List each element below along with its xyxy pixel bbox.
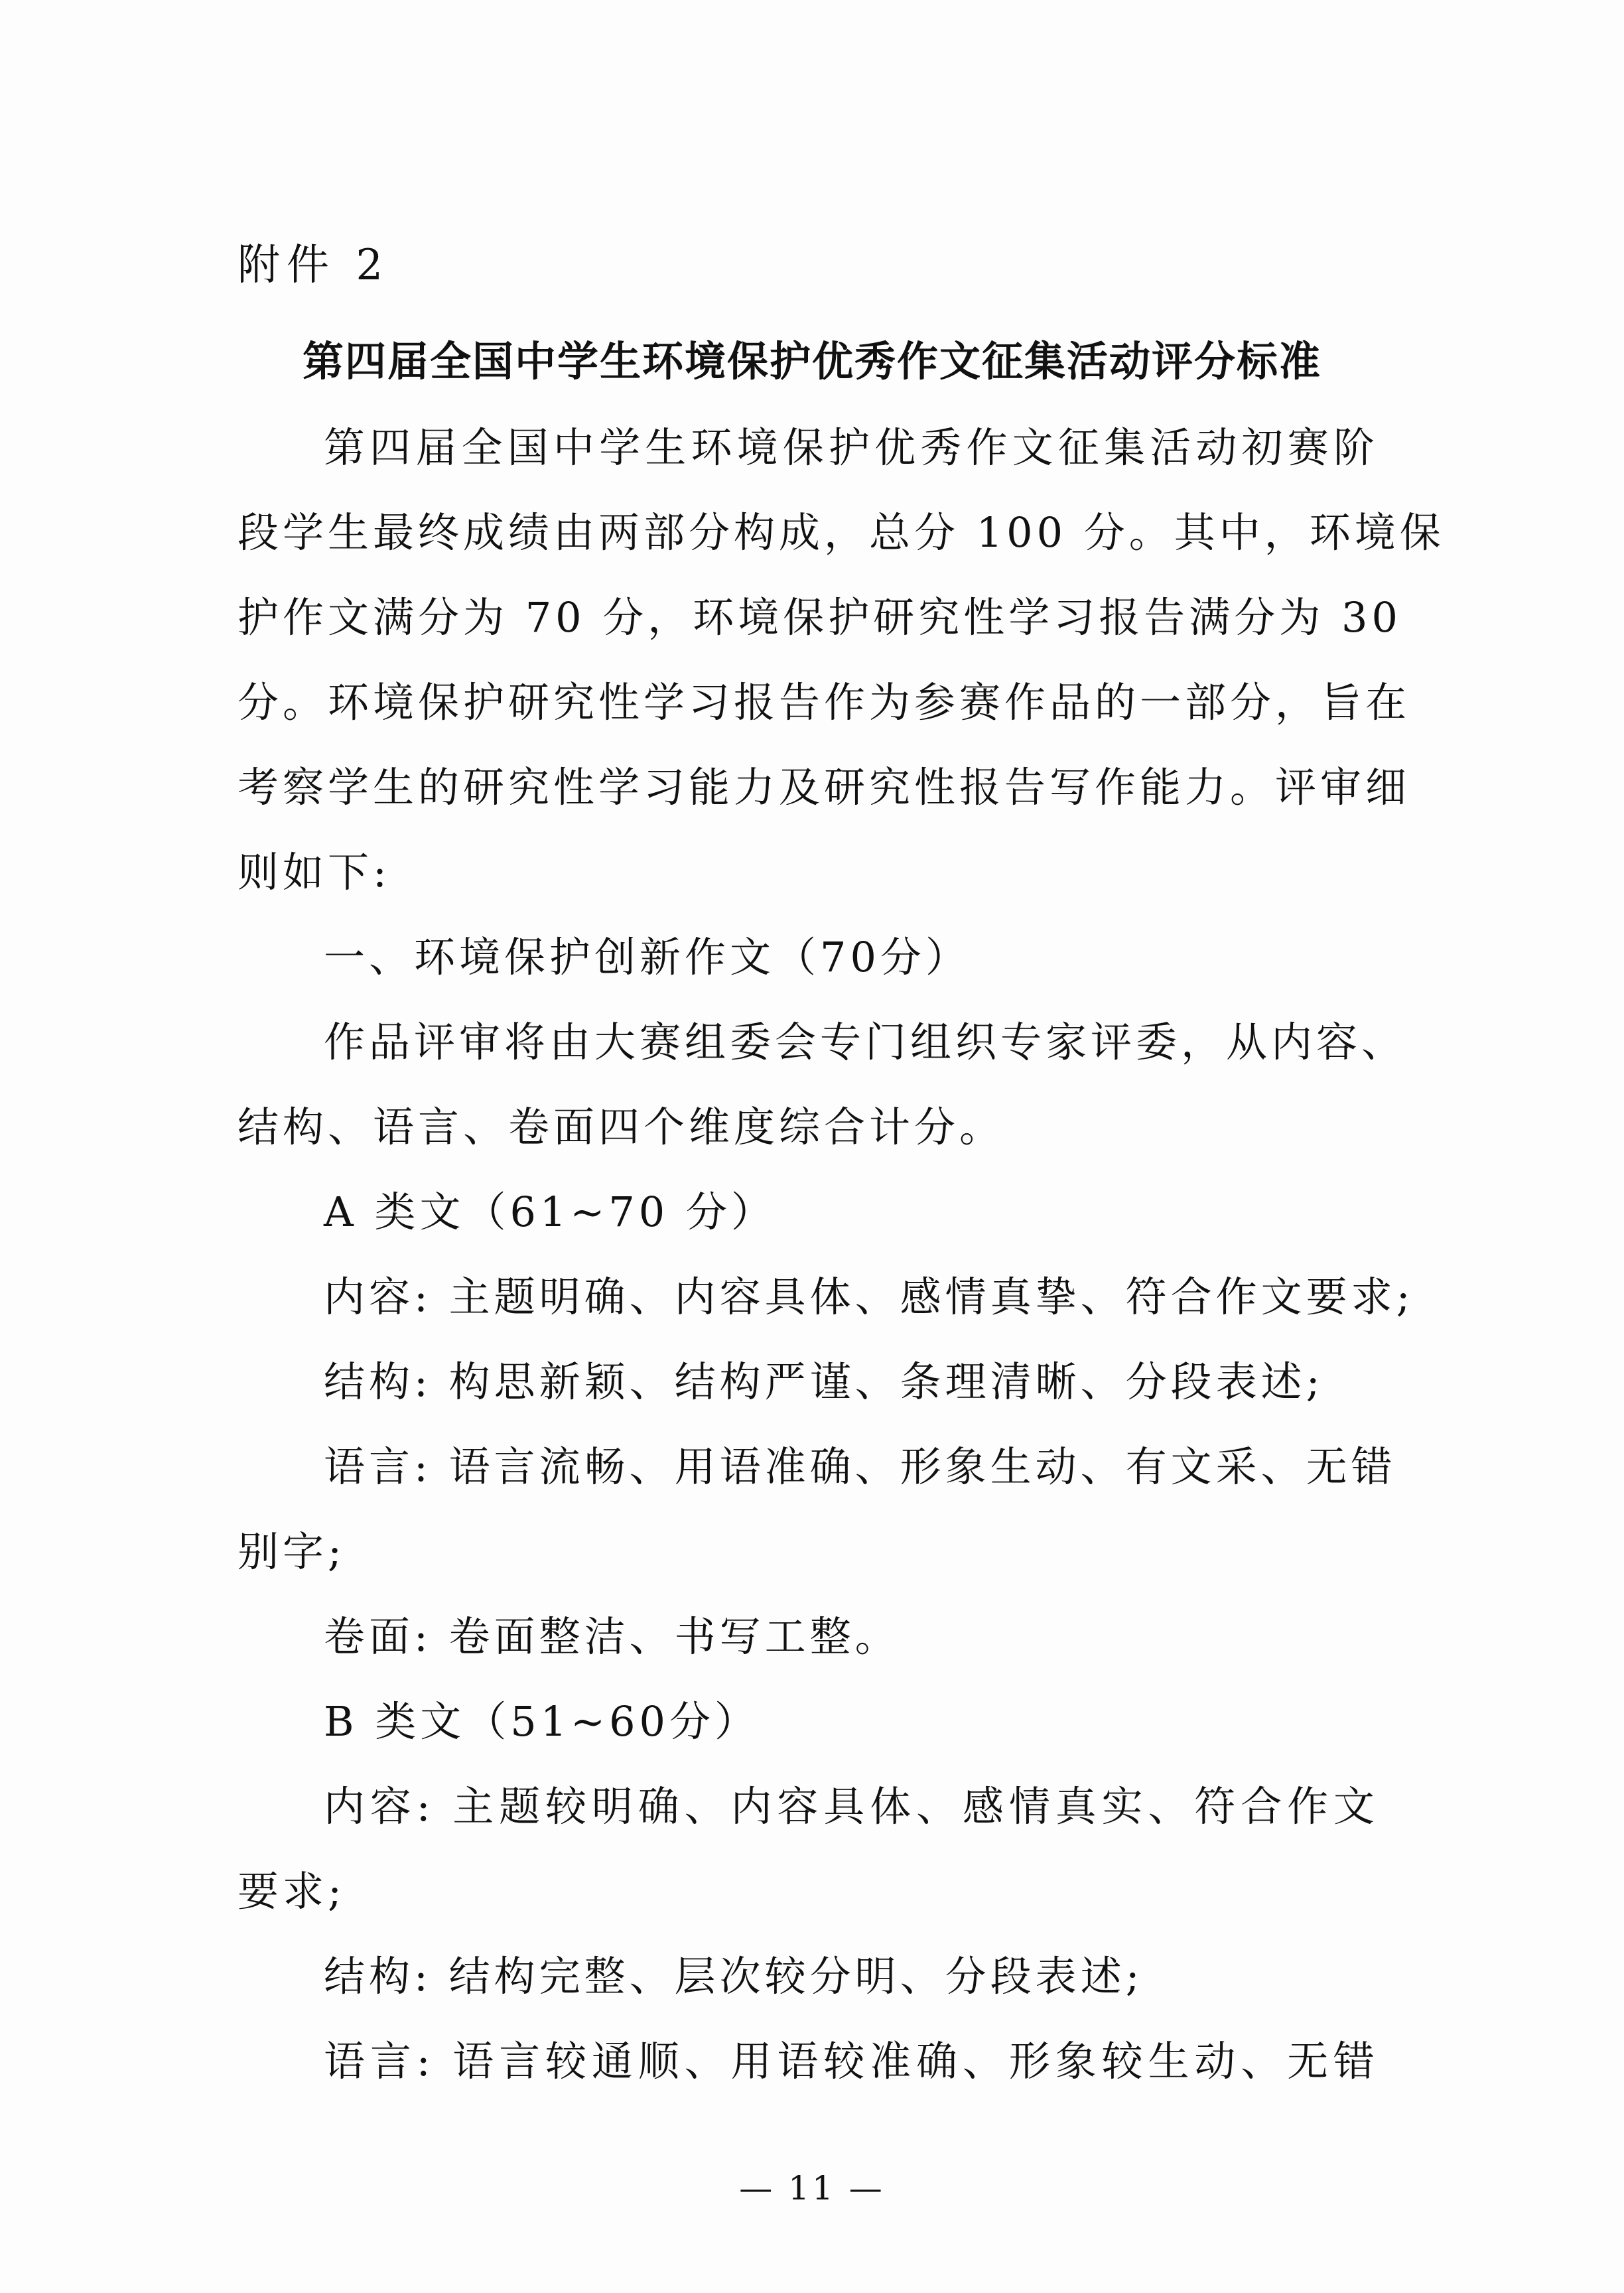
grade-b-content-line-1: 内容: 主题较明确、内容具体、感情真实、符合作文 [324, 1780, 1379, 1833]
grade-a-language-line-2: 别字; [237, 1525, 1379, 1578]
grade-b-language-line-1: 语言: 语言较通顺、用语较准确、形象较生动、无错 [324, 2035, 1379, 2088]
section-one-desc-line-1: 作品评审将由大赛组委会专门组织专家评委，从内容、 [324, 1016, 1379, 1069]
section-one-heading: 一、环境保护创新作文（70分） [324, 931, 1379, 984]
grade-b-heading: B 类文（51~60分） [324, 1695, 1379, 1748]
intro-line-5: 考察学生的研究性学习能力及研究性报告写作能力。评审细 [237, 761, 1379, 814]
intro-line-4: 分。环境保护研究性学习报告作为参赛作品的一部分，旨在 [237, 676, 1379, 729]
section-one-desc-line-2: 结构、语言、卷面四个维度综合计分。 [237, 1101, 1379, 1154]
intro-line-2: 段学生最终成绩由两部分构成，总分 100 分。其中，环境保 [237, 506, 1379, 559]
attachment-label: 附件 2 [237, 239, 389, 292]
grade-b-structure: 结构: 结构完整、层次较分明、分段表述; [324, 1950, 1379, 2003]
grade-a-content: 内容: 主题明确、内容具体、感情真挚、符合作文要求; [324, 1271, 1379, 1324]
page-number: — 11 — [0, 2168, 1624, 2208]
grade-a-presentation: 卷面: 卷面整洁、书写工整。 [324, 1610, 1379, 1663]
document-title: 第四届全国中学生环境保护优秀作文征集活动评分标准 [0, 335, 1624, 388]
intro-line-1: 第四届全国中学生环境保护优秀作文征集活动初赛阶 [324, 421, 1379, 474]
document-page: 附件 2 第四届全国中学生环境保护优秀作文征集活动评分标准 第四届全国中学生环境… [0, 0, 1624, 2293]
grade-a-heading: A 类文（61~70 分） [324, 1186, 1379, 1239]
grade-a-language-line-1: 语言: 语言流畅、用语准确、形象生动、有文采、无错 [324, 1440, 1379, 1494]
grade-b-content-line-2: 要求; [237, 1865, 1379, 1918]
grade-a-structure: 结构: 构思新颖、结构严谨、条理清晰、分段表述; [324, 1355, 1379, 1409]
intro-line-6: 则如下: [237, 846, 1379, 899]
intro-line-3: 护作文满分为 70 分，环境保护研究性学习报告满分为 30 [237, 591, 1379, 644]
